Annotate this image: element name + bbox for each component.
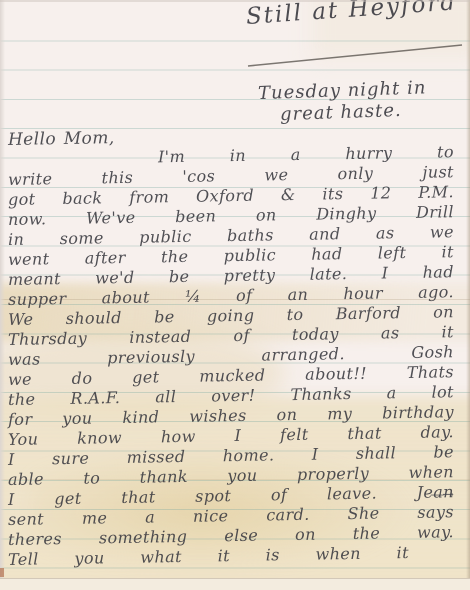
page-edge-bottom (0, 578, 470, 590)
page-edge-right (466, 0, 470, 590)
letter-heading: Still at Heyford (245, 0, 462, 30)
page-edge-left (0, 0, 5, 590)
dash-arrow-mark: —→ (430, 487, 452, 503)
handwritten-letter-scan: Still at Heyford Tuesday night in great … (0, 0, 470, 590)
ink-speck (0, 568, 4, 577)
letter-body: Hello Mom, I'm in a hurry to write this … (8, 130, 454, 570)
